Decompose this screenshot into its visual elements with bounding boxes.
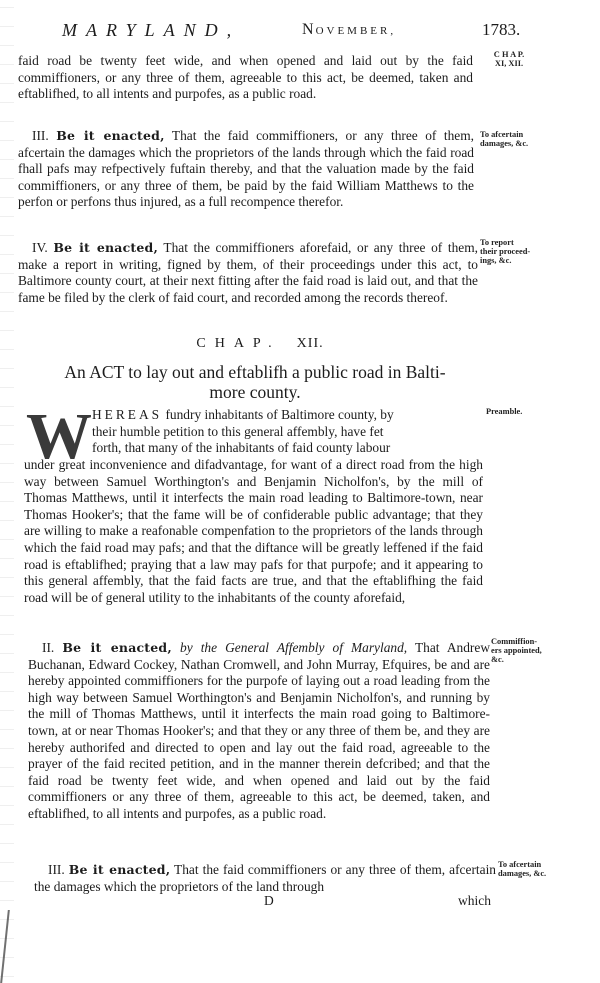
section-text: That Andrew Buchanan, Edward Cockey, Nat… <box>28 640 490 821</box>
preamble-first-word: HEREAS <box>92 407 162 422</box>
margin-note-commissioners-appointed: Commiffion- ers appointed, &c. <box>491 637 571 664</box>
preamble-opening: HEREAS fundry inhabitants of Baltimore c… <box>92 407 482 457</box>
note-line: damages, &c. <box>480 139 560 148</box>
act-title-line2: more county. <box>20 382 490 402</box>
note-line: To afcertain <box>498 860 578 869</box>
margin-note-report-proceedings: To report their proceed- ings, &c. <box>480 238 560 265</box>
section-iii-chap-xi: III. Be it enacted, That the faid commif… <box>18 128 474 211</box>
margin-note-ascertain-damages: To afcertain damages, &c. <box>480 130 560 148</box>
enacting-clause: Be it enacted, <box>53 240 158 255</box>
chap-ref-line2: XI, XII. <box>484 59 534 68</box>
chap-xi-continuation: faid road be twenty feet wide, and when … <box>18 53 473 103</box>
note-line: damages, &c. <box>498 869 578 878</box>
section-ii-chap-xii: II. Be it enacted, by the General Affemb… <box>28 640 490 823</box>
note-line: To report <box>480 238 560 247</box>
note-line: &c. <box>491 655 571 664</box>
page-edge-scan-artifact <box>0 0 14 983</box>
enacting-clause: Be it enacted, <box>56 128 164 143</box>
note-line: their proceed- <box>480 247 560 256</box>
continuation-text: faid road be twenty feet wide, and when … <box>18 53 473 103</box>
note-line: To afcertain <box>480 130 560 139</box>
note-line: ings, &c. <box>480 256 560 265</box>
section-numeral: III. <box>32 128 49 143</box>
margin-note-preamble: Preamble. <box>486 407 522 416</box>
preamble-line: fundry inhabitants of Baltimore county, … <box>165 407 393 422</box>
chapter-label: CHAP. <box>196 336 280 351</box>
chapter-heading: CHAP.XII. <box>0 336 520 352</box>
section-iv-chap-xi: IV. Be it enacted, That the commiffioner… <box>18 240 478 306</box>
preamble-text: under great inconvenience and difadvanta… <box>24 457 483 606</box>
month-rest: OVEMBER, <box>316 25 397 37</box>
margin-note-ascertain-damages-2: To afcertain damages, &c. <box>498 860 578 878</box>
chapter-number: XII. <box>297 336 324 351</box>
section-numeral: IV. <box>32 240 48 255</box>
preamble-line: their humble petition to this general af… <box>92 424 482 441</box>
act-title: An ACT to lay out and eftablifh a public… <box>20 362 490 402</box>
preamble-line: forth, that many of the inhabitants of f… <box>92 440 482 457</box>
running-head: MARYLAND, NOVEMBER, 1783. <box>62 20 532 44</box>
enacting-clause: Be it enacted, <box>69 862 170 877</box>
chap-ref-line1: C H A P. <box>484 50 534 59</box>
month-initial: N <box>302 21 316 38</box>
section-numeral: III. <box>48 862 65 877</box>
section-numeral: II. <box>42 640 54 655</box>
note-line: Commiffion- <box>491 637 571 646</box>
note-line: ers appointed, <box>491 646 571 655</box>
margin-note-chapter-ref: C H A P. XI, XII. <box>484 50 534 68</box>
preamble-body: under great inconvenience and difadvanta… <box>24 457 483 606</box>
catchword: which <box>458 893 491 909</box>
running-head-month: NOVEMBER, <box>302 21 396 39</box>
running-head-state: MARYLAND, <box>62 20 240 41</box>
enacting-authority: by the General Affembly of Maryland, <box>180 640 407 655</box>
signature-mark: D <box>264 893 274 909</box>
enacting-clause: Be it enacted, <box>62 640 172 655</box>
section-iii-chap-xii: III. Be it enacted, That the faid commif… <box>34 862 496 895</box>
act-title-line1: An ACT to lay out and eftablifh a public… <box>20 362 490 382</box>
book-page: MARYLAND, NOVEMBER, 1783. C H A P. XI, X… <box>0 0 600 983</box>
running-head-year: 1783. <box>482 20 520 40</box>
